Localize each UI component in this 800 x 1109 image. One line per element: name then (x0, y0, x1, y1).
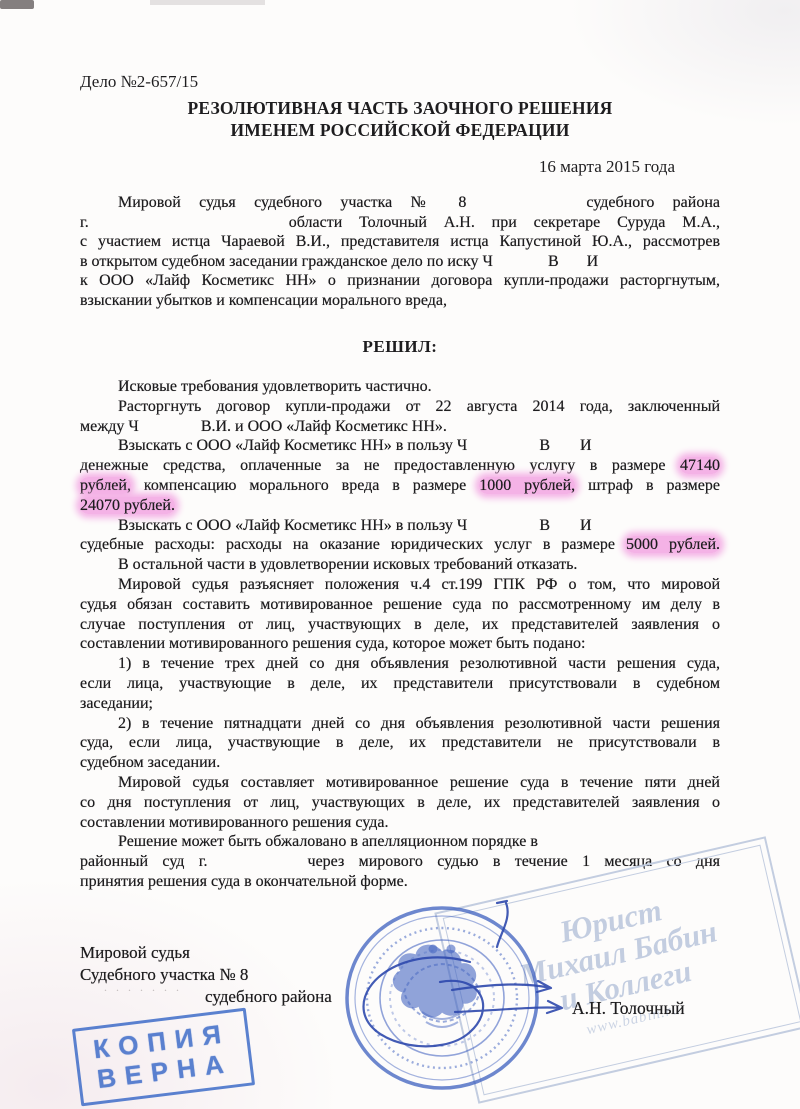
ruling-body: Исковые требования удовлетворить частичн… (80, 377, 720, 892)
text-segment: в открытом судебном заседании гражданско… (80, 253, 493, 270)
judge-name: А.Н. Толочный (572, 998, 685, 1019)
text-line: судья обязан составить мотивированное ре… (80, 595, 720, 615)
text-segment: составлении мотивированного решения суда… (80, 635, 585, 652)
text-line: Мировой судья составляет мотивированное … (80, 773, 720, 793)
text-line: составлении мотивированного решения суда… (80, 813, 720, 833)
court-seal-icon (334, 900, 550, 1100)
text-line: Исковые требования удовлетворить частичн… (80, 377, 720, 397)
text-segment: если лица, участвующие в деле, их предст… (80, 675, 720, 692)
text-line: суда, если лица, участвующие в деле, их … (80, 733, 720, 753)
case-number: Дело №2-657/15 (80, 72, 720, 92)
text-segment: со дня поступления от лиц, участвующих в… (80, 794, 720, 811)
redacted-gap (550, 529, 580, 530)
text-line: судебном заседании. (80, 753, 720, 773)
text-segment: с участием истца Чараевой В.И., представ… (80, 233, 720, 250)
double-headed-eagle-glyph (393, 945, 480, 1027)
redacted-gap (467, 529, 539, 530)
text-line: между ЧВ.И. и ООО «Лайф Косметикс НН». (80, 417, 720, 437)
text-segment: принятия решения суда в окончательной фо… (80, 873, 408, 890)
text-segment: Мировой судья судебного участка № 8 (118, 194, 466, 211)
text-segment: И (580, 517, 592, 534)
text-segment: заседании; (80, 695, 153, 712)
text-segment: случае поступления от лиц, участвующих в… (80, 616, 720, 633)
text-segment: судебного района (586, 194, 720, 211)
redacted-gap (550, 449, 580, 450)
text-line: В остальной части в удовлетворении исков… (80, 555, 720, 575)
text-line: Расторгнуть договор купли-продажи от 22 … (80, 397, 720, 417)
text-segment: составлении мотивированного решения суда… (80, 814, 388, 831)
text-segment: 1) в течение трех дней со дня объявления… (118, 655, 720, 672)
text-line: 24070 рублей. (80, 496, 720, 516)
text-segment: Взыскать с ООО «Лайф Косметикс НН» в пол… (118, 517, 467, 534)
redacted-gap (467, 449, 539, 450)
text-line: г.области Толочный А.Н. при секретаре Су… (80, 213, 720, 233)
text-segment: 2) в течение пятнадцати дней со дня объя… (118, 715, 720, 732)
text-segment: судья обязан составить мотивированное ре… (80, 596, 720, 613)
text-line: 2) в течение пятнадцати дней со дня объя… (80, 714, 720, 734)
text-line: судебные расходы: расходы на оказание юр… (80, 535, 720, 555)
text-segment: суда, если лица, участвующие в деле, их … (80, 734, 720, 751)
redacted-gap (559, 265, 587, 266)
text-segment: области Толочный А.Н. при секретаре Суру… (289, 214, 720, 231)
text-segment: В (548, 253, 559, 270)
text-segment: Мировой судья разъясняет положения ч.4 с… (118, 576, 720, 593)
text-line: составлении мотивированного решения суда… (80, 634, 720, 654)
decision-date: 16 марта 2015 года (80, 157, 720, 177)
text-segment: районный суд г. (80, 853, 208, 870)
text-segment: взыскании убытков и компенсации морально… (80, 292, 447, 309)
text-line: денежные средства, оплаченные за не пред… (80, 456, 720, 476)
highlighted-text: 5000 рублей. (626, 536, 720, 553)
text-segment: г. (80, 214, 89, 231)
text-segment: судебные расходы: расходы на оказание юр… (80, 536, 626, 553)
redacted-gap (493, 265, 548, 266)
text-line: со дня поступления от лиц, участвующих в… (80, 793, 720, 813)
text-line: Решение может быть обжаловано в апелляци… (80, 832, 720, 852)
text-segment: И (587, 253, 599, 270)
text-line: если лица, участвующие в деле, их предст… (80, 674, 720, 694)
highlighted-text: 47140 (680, 457, 720, 474)
text-line: 1) в течение трех дней со дня объявления… (80, 654, 720, 674)
text-line: Мировой судья разъясняет положения ч.4 с… (80, 575, 720, 595)
redacted-gap (466, 206, 586, 207)
text-segment: В (539, 437, 550, 454)
text-line: взыскании убытков и компенсации морально… (80, 291, 720, 311)
document-title-line1: РЕЗОЛЮТИВНАЯ ЧАСТЬ ЗАОЧНОГО РЕШЕНИЯ (80, 97, 720, 119)
text-line: Мировой судья судебного участка № 8судеб… (80, 193, 720, 213)
text-line: случае поступления от лиц, участвующих в… (80, 615, 720, 635)
scan-artifact-smudge (0, 0, 34, 9)
text-segment: В остальной части в удовлетворении исков… (118, 556, 577, 573)
text-line: к ООО «Лайф Косметикс НН» о признании до… (80, 271, 720, 291)
text-segment: Расторгнуть договор купли-продажи от 22 … (118, 398, 720, 415)
text-line: рублей, компенсацию морального вреда в р… (80, 476, 720, 496)
scan-artifact-streak (150, 0, 265, 5)
text-line: с участием истца Чараевой В.И., представ… (80, 232, 720, 252)
redacted-gap (208, 865, 308, 866)
text-segment: В (539, 517, 550, 534)
text-line: Взыскать с ООО «Лайф Косметикс НН» в пол… (80, 436, 720, 456)
text-segment: И (580, 437, 592, 454)
document-title-line2: ИМЕНЕМ РОССИЙСКОЙ ФЕДЕРАЦИИ (80, 119, 720, 141)
highlighted-text: рублей, (80, 477, 131, 494)
text-segment: между Ч (80, 418, 139, 435)
redacted-gap (89, 226, 289, 227)
text-segment: штраф в размере (575, 477, 720, 494)
scanned-court-decision-page: Дело №2-657/15 РЕЗОЛЮТИВНАЯ ЧАСТЬ ЗАОЧНО… (0, 0, 800, 1109)
highlighted-text: 24070 рублей. (80, 497, 175, 514)
text-segment: Решение может быть обжаловано в апелляци… (118, 833, 538, 850)
text-line: в открытом судебном заседании гражданско… (80, 252, 720, 272)
text-segment: Исковые требования удовлетворить частичн… (118, 378, 432, 395)
text-segment: судебном заседании. (80, 754, 220, 771)
text-segment: к ООО «Лайф Косметикс НН» о признании до… (80, 272, 720, 289)
highlighted-text: 1000 рублей, (479, 477, 575, 494)
intro-paragraph: Мировой судья судебного участка № 8судеб… (80, 193, 720, 310)
text-line: заседании; (80, 694, 720, 714)
text-segment: компенсацию морального вреда в размере (131, 477, 479, 494)
text-line: Взыскать с ООО «Лайф Косметикс НН» в пол… (80, 516, 720, 536)
copy-verna-stamp: КОПИЯ ВЕРНА (72, 1008, 255, 1107)
text-segment: денежные средства, оплаченные за не пред… (80, 457, 680, 474)
text-segment: Мировой судья составляет мотивированное … (118, 774, 720, 791)
redacted-gap (139, 430, 201, 431)
text-segment: Взыскать с ООО «Лайф Косметикс НН» в пол… (118, 437, 467, 454)
ruling-heading: РЕШИЛ: (80, 337, 720, 357)
scan-artifact-dots: . . . . . . . (104, 980, 182, 995)
text-segment: В.И. и ООО «Лайф Косметикс НН». (201, 418, 447, 435)
